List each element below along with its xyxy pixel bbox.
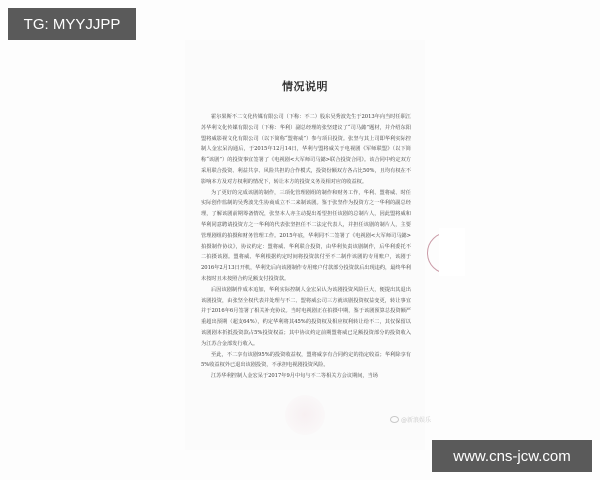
weibo-handle: @新浪娱乐 <box>401 415 431 424</box>
document-paragraph: 为了更好的完成该剧的制作，三项化管理剧组的制作和财务工作，华利、盟将威、时任实际… <box>201 188 411 285</box>
document-paragraph: 霍尔果斯不二文化传媒有限公司（下称：不二）股东吴秀波先生于2013年向当时任职江… <box>201 112 411 188</box>
weibo-icon <box>390 416 399 423</box>
document-paragraph: 江苏华利控制人金宏呆于2017年9月中旬与不二等相关方会议期间，当场 <box>201 371 411 382</box>
seal-mask <box>439 228 465 276</box>
document-paragraph: 后因该剧制作成本追加，华利实际控制人金宏呆认为该剧投资风险巨大，便提出其退出该剧… <box>201 285 411 350</box>
document-page: 情况说明 霍尔果斯不二文化传媒有限公司（下称：不二）股东吴秀波先生于2013年向… <box>185 40 425 450</box>
document-title: 情况说明 <box>185 78 425 94</box>
faint-stamp-mark <box>285 395 325 435</box>
weibo-watermark: @新浪娱乐 <box>390 415 431 424</box>
screenshot-canvas: 情况说明 霍尔果斯不二文化传媒有限公司（下称：不二）股东吴秀波先生于2013年向… <box>0 0 600 480</box>
company-seal-stamp <box>425 228 465 276</box>
tg-tag-badge: TG: MYYJJPP <box>8 8 136 40</box>
site-url-badge: www.cns-jcw.com <box>432 440 592 472</box>
document-body: 霍尔果斯不二文化传媒有限公司（下称：不二）股东吴秀波先生于2013年向当时任职江… <box>201 112 411 382</box>
document-paragraph: 至此，不二享有该剧95%的投资收益权，盟将威享有合同约定的指定收益；华利除享有5… <box>201 350 411 372</box>
